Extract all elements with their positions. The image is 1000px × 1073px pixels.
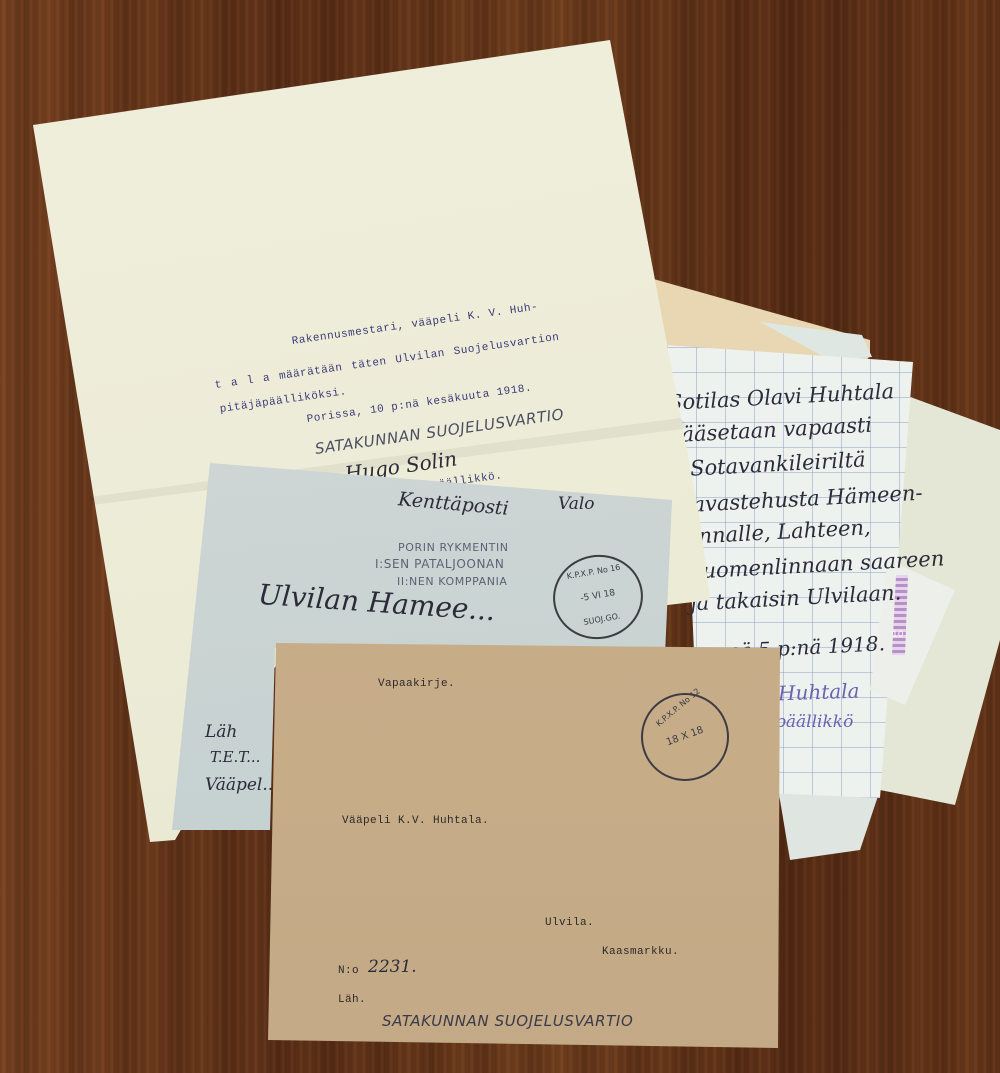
- brown-envelope-postmark: K.P.X.P. No 12 18 X 18: [641, 693, 729, 781]
- free-letter-heading: Vapaakirje.: [378, 678, 455, 690]
- brown-envelope-content: Vapaakirje. K.P.X.P. No 12 18 X 18 Vääpe…: [0, 0, 1000, 1073]
- recipient-village: Kaasmarkku.: [602, 946, 679, 958]
- sender-label: Läh.: [338, 994, 366, 1006]
- sender-organization-stamp: SATAKUNNAN SUOJELUSVARTIO: [382, 1012, 633, 1030]
- recipient-town: Ulvila.: [545, 917, 594, 929]
- number-value: 2231.: [368, 957, 417, 977]
- number-label: N:o: [338, 965, 359, 977]
- recipient-name: Vääpeli K.V. Huhtala.: [342, 815, 489, 827]
